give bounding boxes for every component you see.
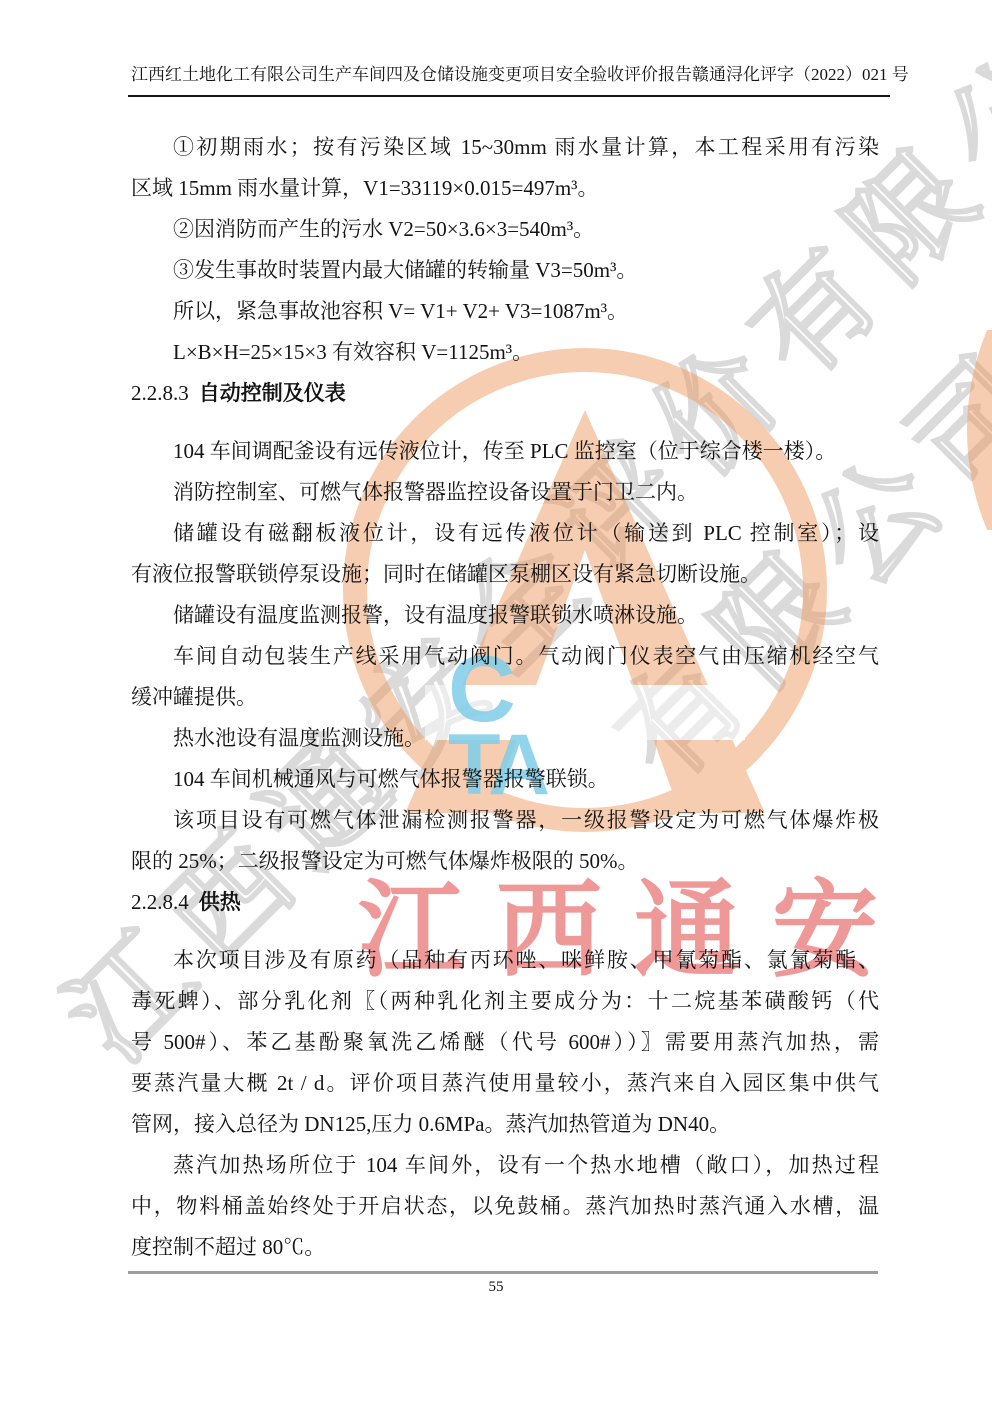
- paragraph-line: 毒死蜱）、部分乳化剂〖（两种乳化剂主要成分为：十二烷基苯磺酸钙（代: [131, 981, 879, 1022]
- paragraph-line: 管网，接入总径为 DN125,压力 0.6MPa。蒸汽加热管道为 DN40。: [131, 1104, 879, 1145]
- header-divider: [128, 95, 890, 97]
- page-footer: 55: [0, 1279, 992, 1296]
- paragraph-line: 所以，紧急事故池容积 V= V1+ V2+ V3=1087m³。: [131, 291, 879, 332]
- paragraph-line: 度控制不超过 80℃。: [131, 1227, 879, 1268]
- header-report-title: 江西红土地化工有限公司生产车间四及仓储设施变更项目安全验收评价报告: [131, 60, 692, 85]
- section-title: 供热: [199, 891, 241, 914]
- section-number: 2.2.8.3: [131, 381, 189, 405]
- section-heading: 2.2.8.3自动控制及仪表: [131, 373, 879, 414]
- paragraph-line: 储罐设有磁翻板液位计，设有远传液位计（输送到 PLC 控制室）；设: [131, 513, 879, 554]
- paragraph-line: 本次项目涉及有原药（品种有丙环唑、咪鲜胺、甲氰菊酯、氯氰菊酯、: [131, 940, 879, 981]
- paragraph-line: 储罐设有温度监测报警，设有温度报警联锁水喷淋设施。: [131, 595, 879, 636]
- paragraph-line: 热水池设有温度监测设施。: [131, 718, 879, 759]
- document-body: ①初期雨水；按有污染区域 15~30mm 雨水量计算，本工程采用有污染区域 15…: [131, 127, 879, 1268]
- paragraph-line: ③发生事故时装置内最大储罐的转输量 V3=50m³。: [131, 250, 879, 291]
- paragraph-line: 有液位报警联锁停泵设施；同时在储罐区泵棚区设有紧急切断设施。: [131, 554, 879, 595]
- paragraph-line: 中，物料桶盖始终处于开启状态，以免鼓桶。蒸汽加热时蒸汽通入水槽，温: [131, 1186, 879, 1227]
- paragraph-line: 要蒸汽量大概 2t / d。评价项目蒸汽使用量较小，蒸汽来自入园区集中供气: [131, 1063, 879, 1104]
- page-number: 55: [489, 1279, 504, 1295]
- paragraph-line: 号 500#）、苯乙基酚聚氧洗乙烯醚（代号 600#））〗需要用蒸汽加热，需: [131, 1022, 879, 1063]
- partial-logo-arc-icon: [935, 330, 992, 530]
- paragraph-line: 104 车间机械通风与可燃气体报警器报警联锁。: [131, 759, 879, 800]
- paragraph-line: 限的 25%；二级报警设定为可燃气体爆炸极限的 50%。: [131, 841, 879, 882]
- paragraph-line: ②因消防而产生的污水 V2=50×3.6×3=540m³。: [131, 209, 879, 250]
- section-title: 自动控制及仪表: [199, 382, 346, 405]
- paragraph-line: 该项目设有可燃气体泄漏检测报警器，一级报警设定为可燃气体爆炸极: [131, 800, 879, 841]
- section-number: 2.2.8.4: [131, 890, 189, 914]
- document-page: 江西通安全评价有限公司 有限公司 C TA 江西通安 江西红土地化工有限公司生产…: [0, 0, 992, 1403]
- partial-ring: [980, 330, 992, 530]
- header-document-number: 赣通浔化评字（2022）021 号: [692, 60, 909, 85]
- paragraph-line: 消防控制室、可燃气体报警器监控设备设置于门卫二内。: [131, 472, 879, 513]
- paragraph-line: 缓冲罐提供。: [131, 677, 879, 718]
- paragraph-line: ①初期雨水；按有污染区域 15~30mm 雨水量计算，本工程采用有污染: [131, 127, 879, 168]
- paragraph-line: 蒸汽加热场所位于 104 车间外，设有一个热水地槽（敞口），加热过程: [131, 1145, 879, 1186]
- paragraph-line: 区域 15mm 雨水量计算，V1=33119×0.015=497m³。: [131, 168, 879, 209]
- paragraph-line: L×B×H=25×15×3 有效容积 V=1125m³。: [131, 332, 879, 373]
- paragraph-line: 104 车间调配釜设有远传液位计，传至 PLC 监控室（位于综合楼一楼）。: [131, 431, 879, 472]
- page-header: 江西红土地化工有限公司生产车间四及仓储设施变更项目安全验收评价报告 赣通浔化评字…: [131, 60, 879, 85]
- paragraph-line: 车间自动包装生产线采用气动阀门。气动阀门仪表空气由压缩机经空气: [131, 636, 879, 677]
- footer-divider: [128, 1271, 878, 1274]
- section-heading: 2.2.8.4供热: [131, 882, 879, 923]
